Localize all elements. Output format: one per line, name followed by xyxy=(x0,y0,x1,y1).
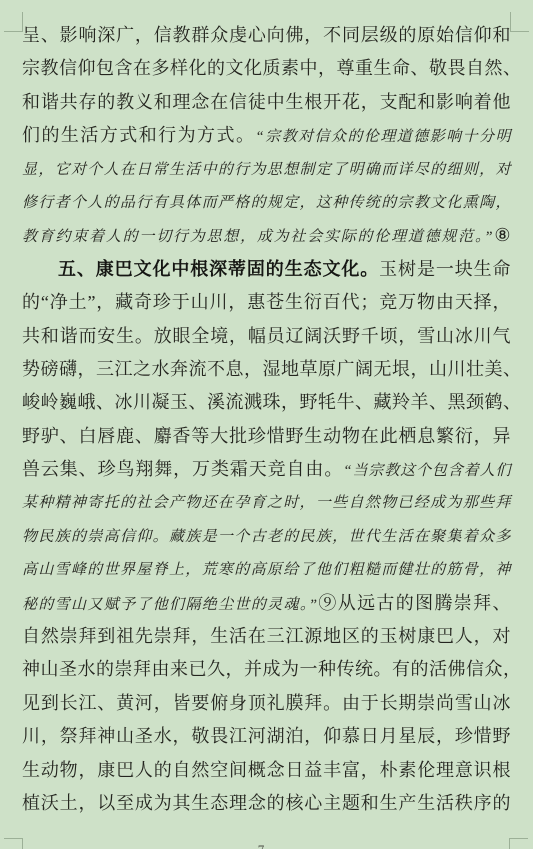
quoted-text: 教育约束着人的一切行为思想，成为社会实际的伦理道德规范。” xyxy=(22,229,493,245)
section-heading: 五、康巴文化中根深蒂固的生态文化。 xyxy=(58,259,379,279)
body-text: 川，祭拜神山圣水，敬畏江河湖泊，仰慕日月星辰，珍惜野 xyxy=(22,726,511,746)
text-line: 自然崇拜到祖先崇拜，生活在三江源地区的玉树康巴人，对 xyxy=(22,620,511,653)
quoted-text: 物民族的崇高信仰。藏族是一个古老的民族，世代生活在聚集着众多 xyxy=(22,529,511,545)
text-line: 生动物，康巴人的自然空间概念日益丰富，朴素伦理意识根 xyxy=(22,754,511,787)
text-line: 植沃土，以至成为其生态理念的核心主题和生产生活秩序的 xyxy=(22,787,511,820)
text-line: 势磅礴，三江之水奔流不息，湿地草原广阔无垠，山川壮美、 xyxy=(22,353,511,386)
text-line: 显，它对个人在日常生活中的行为思想制定了明确而详尽的细则，对 xyxy=(22,153,511,186)
text-line: 们的生活方式和行为方式。“宗教对信众的伦理道德影响十分明 xyxy=(22,119,511,152)
body-text: 兽云集、珍鸟翔舞，万类霜天竞自由。 xyxy=(22,459,343,479)
text-line: 兽云集、珍鸟翔舞，万类霜天竞自由。“当宗教这个包含着人们 xyxy=(22,453,511,486)
text-line: 见到长江、黄河，皆要俯身顶礼膜拜。由于长期崇尚雪山冰 xyxy=(22,687,511,720)
quoted-text: 显，它对个人在日常生活中的行为思想制定了明确而详尽的细则，对 xyxy=(22,162,511,178)
text-line: 和谐共存的教义和理念在信徒中生根开花，支配和影响着他 xyxy=(22,86,511,119)
text-area: 呈、影响深广，信教群众虔心向佛，不同层级的原始信仰和宗教信仰包含在多样化的文化质… xyxy=(22,19,511,820)
text-line: 野驴、白唇鹿、麝香等大批珍惜野生动物在此栖息繁衍，异 xyxy=(22,420,511,453)
body-text: ⑨从远古的图腾崇拜、 xyxy=(318,593,511,613)
text-line: 物民族的崇高信仰。藏族是一个古老的民族，世代生活在聚集着众多 xyxy=(22,520,511,553)
text-line: 教育约束着人的一切行为思想，成为社会实际的伦理道德规范。”⑧ xyxy=(22,219,511,252)
text-line: 峻岭巍峨、冰川凝玉、溪流溅珠，野牦牛、藏羚羊、黑颈鹤、 xyxy=(22,386,511,419)
page-number-partial: 7 xyxy=(253,843,269,849)
quoted-text: “宗教对信众的伦理道德影响十分明 xyxy=(255,129,511,145)
text-line: 共和谐而安生。放眼全境，幅员辽阔沃野千顷，雪山冰川气 xyxy=(22,320,511,353)
body-text: 势磅礴，三江之水奔流不息，湿地草原广阔无垠，山川壮美、 xyxy=(22,359,522,379)
text-line: 神山圣水的崇拜由来已久，并成为一种传统。有的活佛信众， xyxy=(22,653,511,686)
document-page: { "page": { "background_color": "#cee1c8… xyxy=(0,0,533,849)
text-line: 宗教信仰包含在多样化的文化质素中，尊重生命、敬畏自然、 xyxy=(22,52,511,85)
body-text: 植沃土，以至成为其生态理念的核心主题和生产生活秩序的 xyxy=(22,793,511,813)
body-text: 的“净土”，藏奇珍于山川，惠苍生衍百代；竞万物由天择， xyxy=(22,292,511,312)
crop-mark-bottom-right xyxy=(509,838,528,849)
body-text: 共和谐而安生。放眼全境，幅员辽阔沃野千顷，雪山冰川气 xyxy=(22,326,511,346)
body-text: 野驴、白唇鹿、麝香等大批珍惜野生动物在此栖息繁衍，异 xyxy=(22,426,511,446)
body-text: 自然崇拜到祖先崇拜，生活在三江源地区的玉树康巴人，对 xyxy=(22,626,511,646)
text-line: 高山雪峰的世界屋脊上，荒寒的高原给了他们粗糙而健壮的筋骨，神 xyxy=(22,553,511,586)
text-line: 秘的雪山又赋予了他们隔绝尘世的灵魂。”⑨从远古的图腾崇拜、 xyxy=(22,587,511,620)
body-text: 生动物，康巴人的自然空间概念日益丰富，朴素伦理意识根 xyxy=(22,760,511,780)
crop-mark-top-right xyxy=(510,12,529,32)
text-line: 五、康巴文化中根深蒂固的生态文化。玉树是一块生命 xyxy=(22,253,511,286)
body-text: 玉树是一块生命 xyxy=(379,259,511,279)
text-line: 的“净土”，藏奇珍于山川，惠苍生衍百代；竞万物由天择， xyxy=(22,286,511,319)
body-text: ⑧ xyxy=(493,225,511,245)
crop-mark-top-left xyxy=(4,12,23,32)
text-line: 修行者个人的品行有具体而严格的规定，这种传统的宗教文化熏陶， xyxy=(22,186,511,219)
quoted-text: 秘的雪山又赋予了他们隔绝尘世的灵魂。” xyxy=(22,597,318,613)
quoted-text: 某种精神寄托的社会产物还在孕育之时，一些自然物已经成为那些拜 xyxy=(22,495,511,511)
text-line: 川，祭拜神山圣水，敬畏江河湖泊，仰慕日月星辰，珍惜野 xyxy=(22,720,511,753)
quoted-text: “当宗教这个包含着人们 xyxy=(343,463,511,479)
quoted-text: 修行者个人的品行有具体而严格的规定，这种传统的宗教文化熏陶， xyxy=(22,195,511,211)
body-text: 峻岭巍峨、冰川凝玉、溪流溅珠，野牦牛、藏羚羊、黑颈鹤、 xyxy=(22,392,522,412)
crop-mark-bottom-left xyxy=(4,838,23,849)
body-text: 神山圣水的崇拜由来已久，并成为一种传统。有的活佛信众， xyxy=(22,659,522,679)
quoted-text: 高山雪峰的世界屋脊上，荒寒的高原给了他们粗糙而健壮的筋骨，神 xyxy=(22,562,511,578)
body-text: 宗教信仰包含在多样化的文化质素中，尊重生命、敬畏自然、 xyxy=(22,58,522,78)
body-text: 见到长江、黄河，皆要俯身顶礼膜拜。由于长期崇尚雪山冰 xyxy=(22,693,511,713)
body-text: 们的生活方式和行为方式。 xyxy=(22,125,255,145)
text-line: 呈、影响深广，信教群众虔心向佛，不同层级的原始信仰和 xyxy=(22,19,511,52)
text-line: 某种精神寄托的社会产物还在孕育之时，一些自然物已经成为那些拜 xyxy=(22,486,511,519)
body-text: 呈、影响深广，信教群众虔心向佛，不同层级的原始信仰和 xyxy=(22,25,511,45)
body-text: 和谐共存的教义和理念在信徒中生根开花，支配和影响着他 xyxy=(22,92,511,112)
